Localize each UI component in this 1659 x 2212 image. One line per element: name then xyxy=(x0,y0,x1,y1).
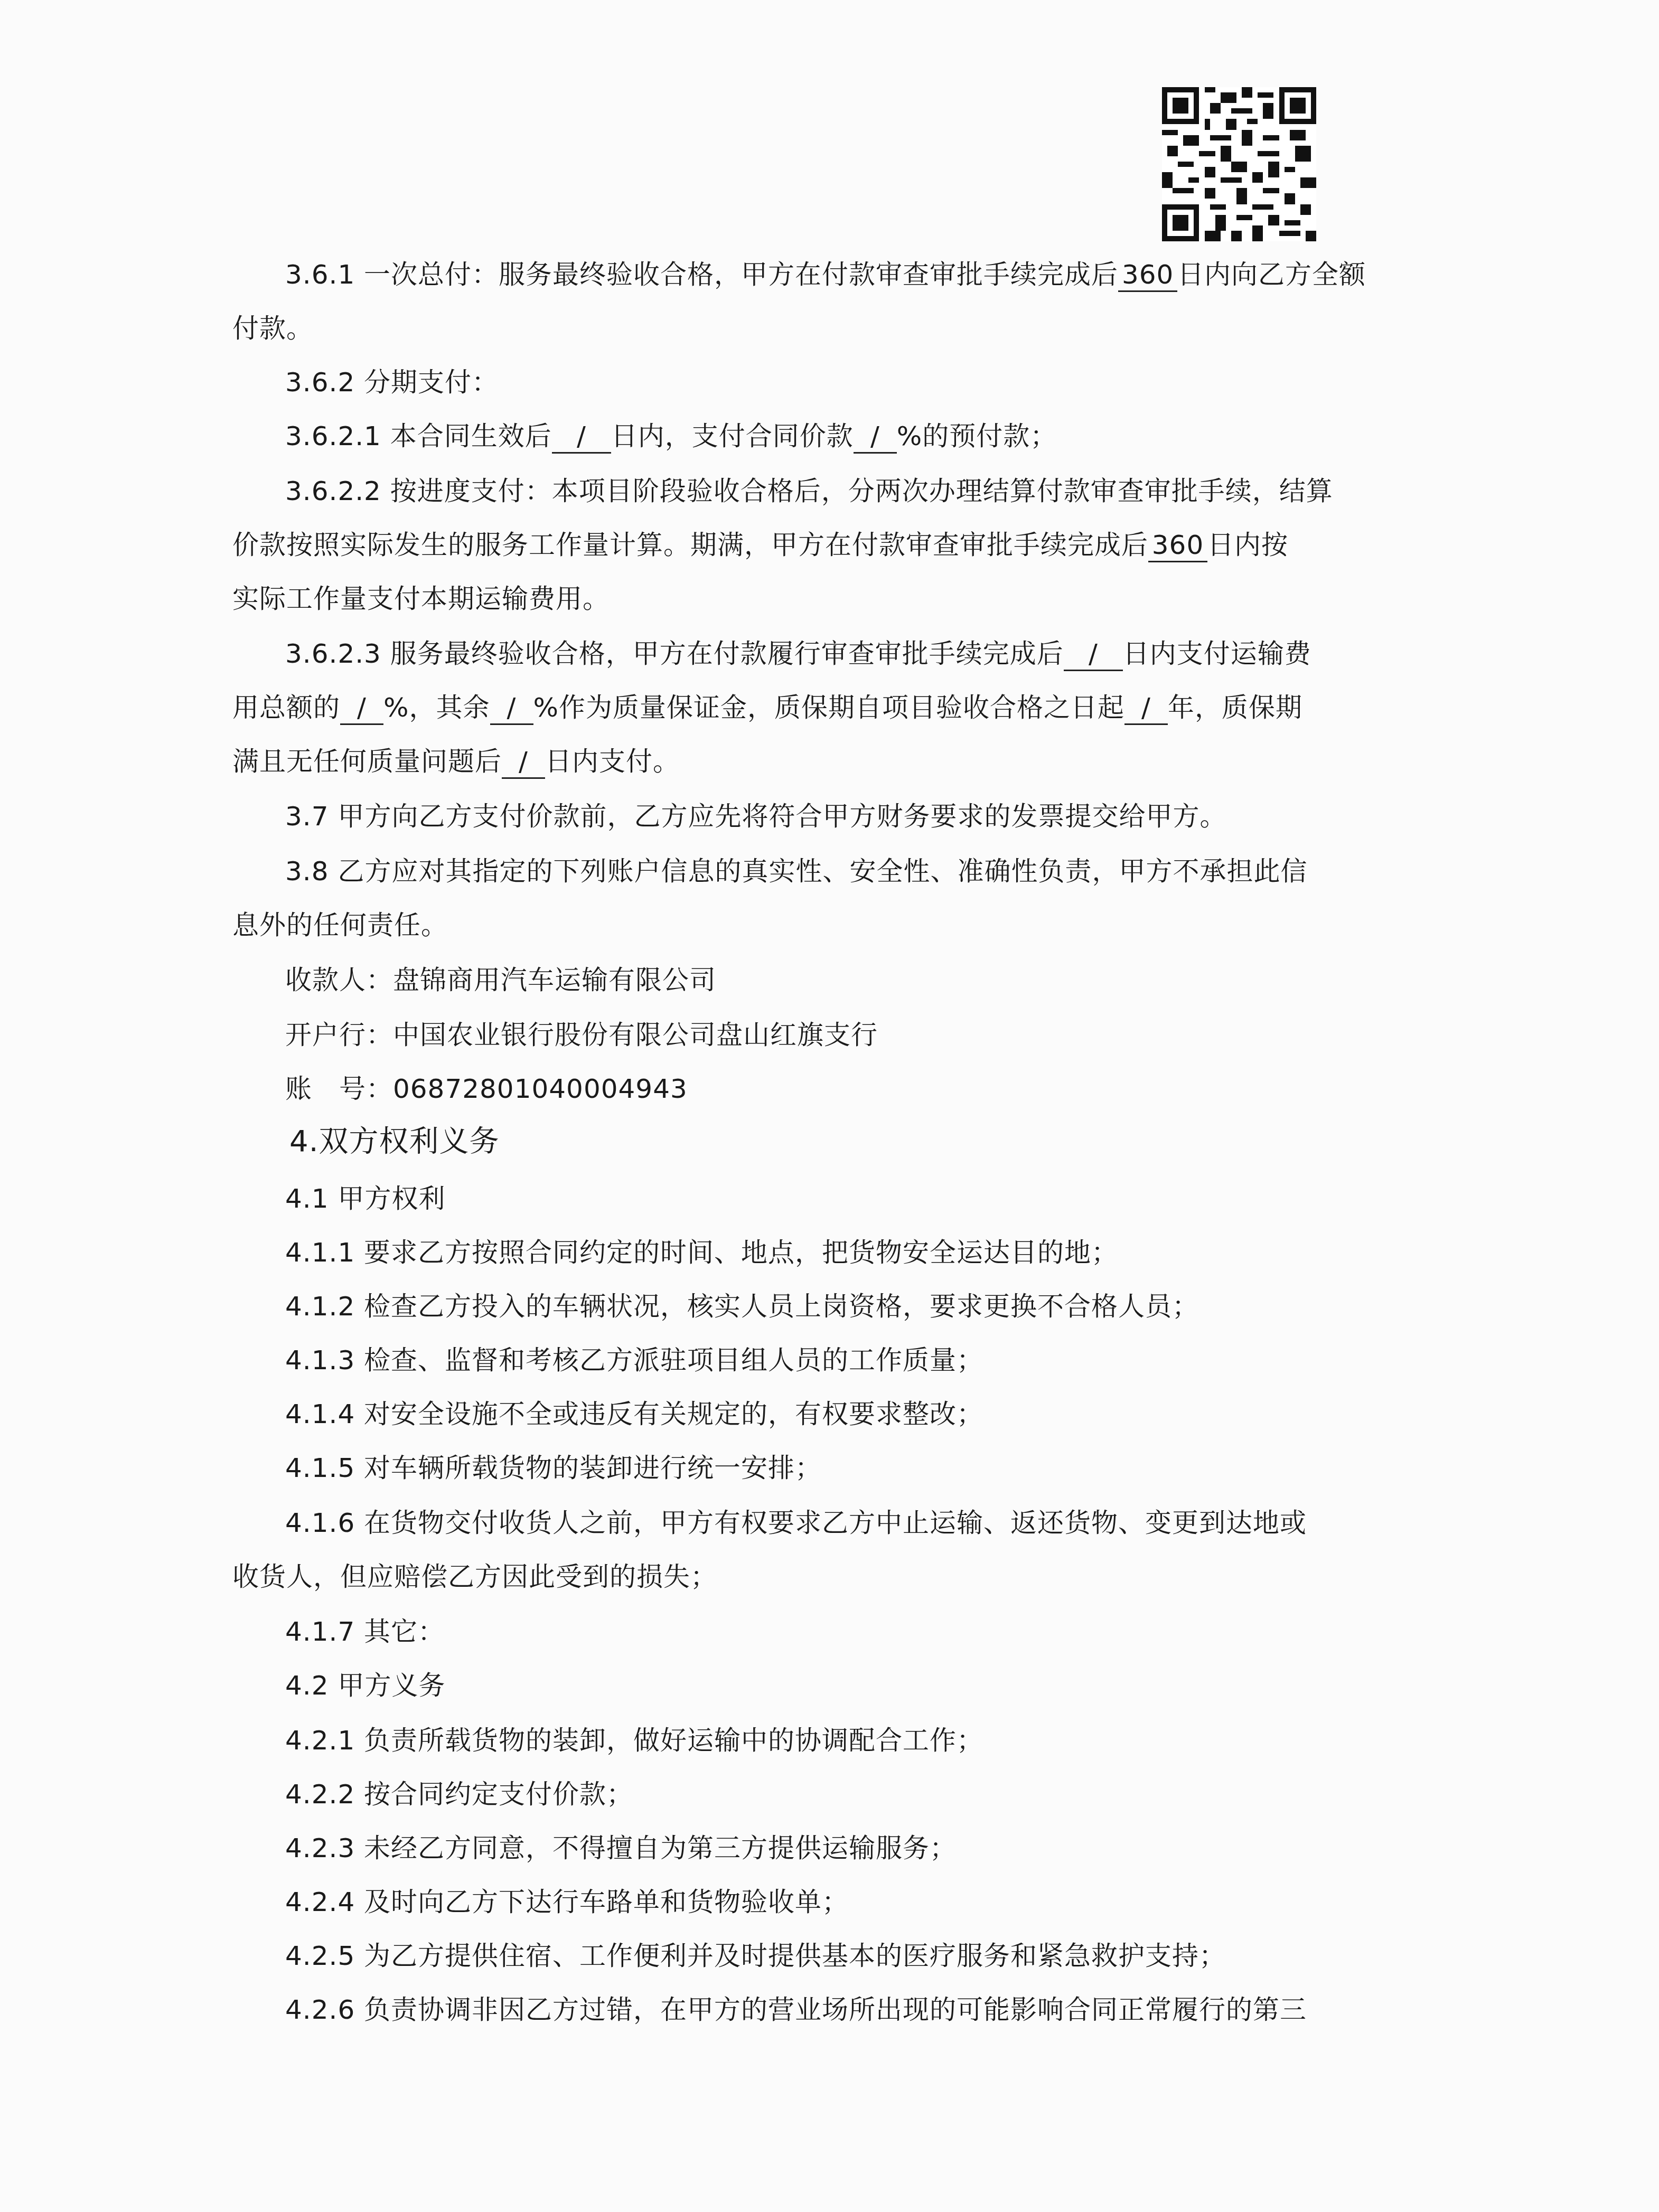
qr-code xyxy=(1162,87,1316,241)
clause-4-1-5: 4.1.5 对车辆所载货物的装卸进行统一安排； xyxy=(285,1452,822,1484)
account-row: 账 号：06872801040004943 xyxy=(285,1073,688,1105)
clause-4-1-4: 4.1.4 对安全设施不全或违反有关规定的，有权要求整改； xyxy=(285,1398,983,1430)
clause-text: 价款按照实际发生的服务工作量计算。期满，甲方在付款审查审批手续完成后 xyxy=(232,530,1148,560)
clause-3-7: 3.7 甲方向乙方支付价款前，乙方应先将符合甲方财务要求的发票提交给甲方。 xyxy=(285,801,1226,832)
days-blank: 360 xyxy=(1118,259,1177,292)
payee-row: 收款人：盘锦商用汽车运输有限公司 xyxy=(285,964,716,996)
payee-value: 盘锦商用汽车运输有限公司 xyxy=(393,965,716,995)
percent-blank: / xyxy=(490,692,533,725)
days-blank: 360 xyxy=(1148,529,1207,562)
clause-3-6-2-3: 3.6.2.3 服务最终验收合格，甲方在付款履行审查审批手续完成后/日内支付运输… xyxy=(285,638,1311,671)
clause-3-6-1-cont: 付款。 xyxy=(232,313,313,344)
clause-4-1-3: 4.1.3 检查、监督和考核乙方派驻项目组人员的工作质量； xyxy=(285,1344,983,1376)
clause-3-6-2-2-cont2: 实际工作量支付本期运输费用。 xyxy=(232,583,610,615)
clause-4-2-1: 4.2.1 负责所载货物的装卸，做好运输中的协调配合工作； xyxy=(285,1725,983,1756)
clause-3-6-2-2: 3.6.2.2 按进度支付：本项目阶段验收合格后，分两次办理结算付款审查审批手续… xyxy=(285,475,1333,507)
clause-3-6-2-1: 3.6.2.1 本合同生效后/日内，支付合同价款/%的预付款； xyxy=(285,420,1057,454)
clause-text: 3.6.2.1 本合同生效后 xyxy=(285,421,552,451)
clause-3-8: 3.8 乙方应对其指定的下列账户信息的真实性、安全性、准确性负责，甲方不承担此信 xyxy=(285,855,1307,887)
clause-3-6-2-3-cont: 用总额的/%，其余/%作为质量保证金，质保期自项目验收合格之日起/年，质保期 xyxy=(232,692,1302,725)
clause-text: 日内按 xyxy=(1207,530,1288,560)
clause-4-1-6-cont: 收货人，但应赔偿乙方因此受到的损失； xyxy=(232,1561,717,1593)
bank-row: 开户行：中国农业银行股份有限公司盘山红旗支行 xyxy=(285,1019,878,1051)
qr-code-icon xyxy=(1162,87,1316,241)
bank-label: 开户行： xyxy=(285,1020,393,1050)
clause-text: 满且无任何质量问题后 xyxy=(232,746,502,777)
percent-blank: / xyxy=(854,420,897,454)
clause-4-2-6: 4.2.6 负责协调非因乙方过错，在甲方的营业场所出现的可能影响合同正常履行的第… xyxy=(285,1994,1307,2026)
clause-4-1-6: 4.1.6 在货物交付收货人之前，甲方有权要求乙方中止运输、返还货物、变更到达地… xyxy=(285,1507,1307,1539)
clause-text: 年，质保期 xyxy=(1168,692,1302,723)
clause-4-1-2: 4.1.2 检查乙方投入的车辆状况，核实人员上岗资格，要求更换不合格人员； xyxy=(285,1291,1199,1322)
section-4-1-title: 4.1 甲方权利 xyxy=(285,1183,445,1215)
clause-text: %，其余 xyxy=(383,692,490,723)
clause-4-1-1: 4.1.1 要求乙方按照合同约定的时间、地点，把货物安全运达目的地； xyxy=(285,1237,1118,1268)
clause-text: 3.6.2.3 服务最终验收合格，甲方在付款履行审查审批手续完成后 xyxy=(285,638,1064,669)
clause-text: 3.6.1 一次总付：服务最终验收合格，甲方在付款审查审批手续完成后 xyxy=(285,259,1118,290)
clause-3-6-2-2-cont: 价款按照实际发生的服务工作量计算。期满，甲方在付款审查审批手续完成后360日内按 xyxy=(232,529,1288,562)
clause-4-1-7: 4.1.7 其它： xyxy=(285,1616,445,1648)
section-4-title: 4.双方权利义务 xyxy=(289,1126,499,1157)
days-blank: / xyxy=(502,746,545,779)
percent-blank: / xyxy=(340,692,383,725)
clause-4-2-5: 4.2.5 为乙方提供住宿、工作便利并及时提供基本的医疗服务和紧急救护支持； xyxy=(285,1940,1226,1972)
clause-3-6-2-3-cont2: 满且无任何质量问题后/日内支付。 xyxy=(232,746,680,779)
bank-value: 中国农业银行股份有限公司盘山红旗支行 xyxy=(393,1020,878,1050)
clause-4-2-4: 4.2.4 及时向乙方下达行车路单和货物验收单； xyxy=(285,1886,849,1918)
clause-3-6-2: 3.6.2 分期支付： xyxy=(285,366,499,398)
years-blank: / xyxy=(1124,692,1168,725)
clause-3-8-cont: 息外的任何责任。 xyxy=(232,909,448,941)
clause-text: %的预付款； xyxy=(897,421,1057,451)
document-page: 3.6.1 一次总付：服务最终验收合格，甲方在付款审查审批手续完成后360日内向… xyxy=(0,0,1659,2212)
clause-text: 日内，支付合同价款 xyxy=(611,421,854,451)
clause-text: 日内支付。 xyxy=(545,746,680,777)
clause-4-2-2: 4.2.2 按合同约定支付价款； xyxy=(285,1778,633,1810)
account-number: 06872801040004943 xyxy=(393,1074,688,1104)
clause-4-2-3: 4.2.3 未经乙方同意，不得擅自为第三方提供运输服务； xyxy=(285,1832,957,1864)
days-blank: / xyxy=(552,420,611,454)
days-blank: / xyxy=(1064,638,1123,671)
account-label: 账 号： xyxy=(285,1074,393,1104)
section-4-2-title: 4.2 甲方义务 xyxy=(285,1670,445,1701)
payee-label: 收款人： xyxy=(285,965,393,995)
clause-text: %作为质量保证金，质保期自项目验收合格之日起 xyxy=(533,692,1125,723)
clause-text: 用总额的 xyxy=(232,692,340,723)
clause-text: 日内向乙方全额 xyxy=(1177,259,1366,290)
clause-text: 日内支付运输费 xyxy=(1123,638,1311,669)
clause-3-6-1: 3.6.1 一次总付：服务最终验收合格，甲方在付款审查审批手续完成后360日内向… xyxy=(285,259,1366,292)
